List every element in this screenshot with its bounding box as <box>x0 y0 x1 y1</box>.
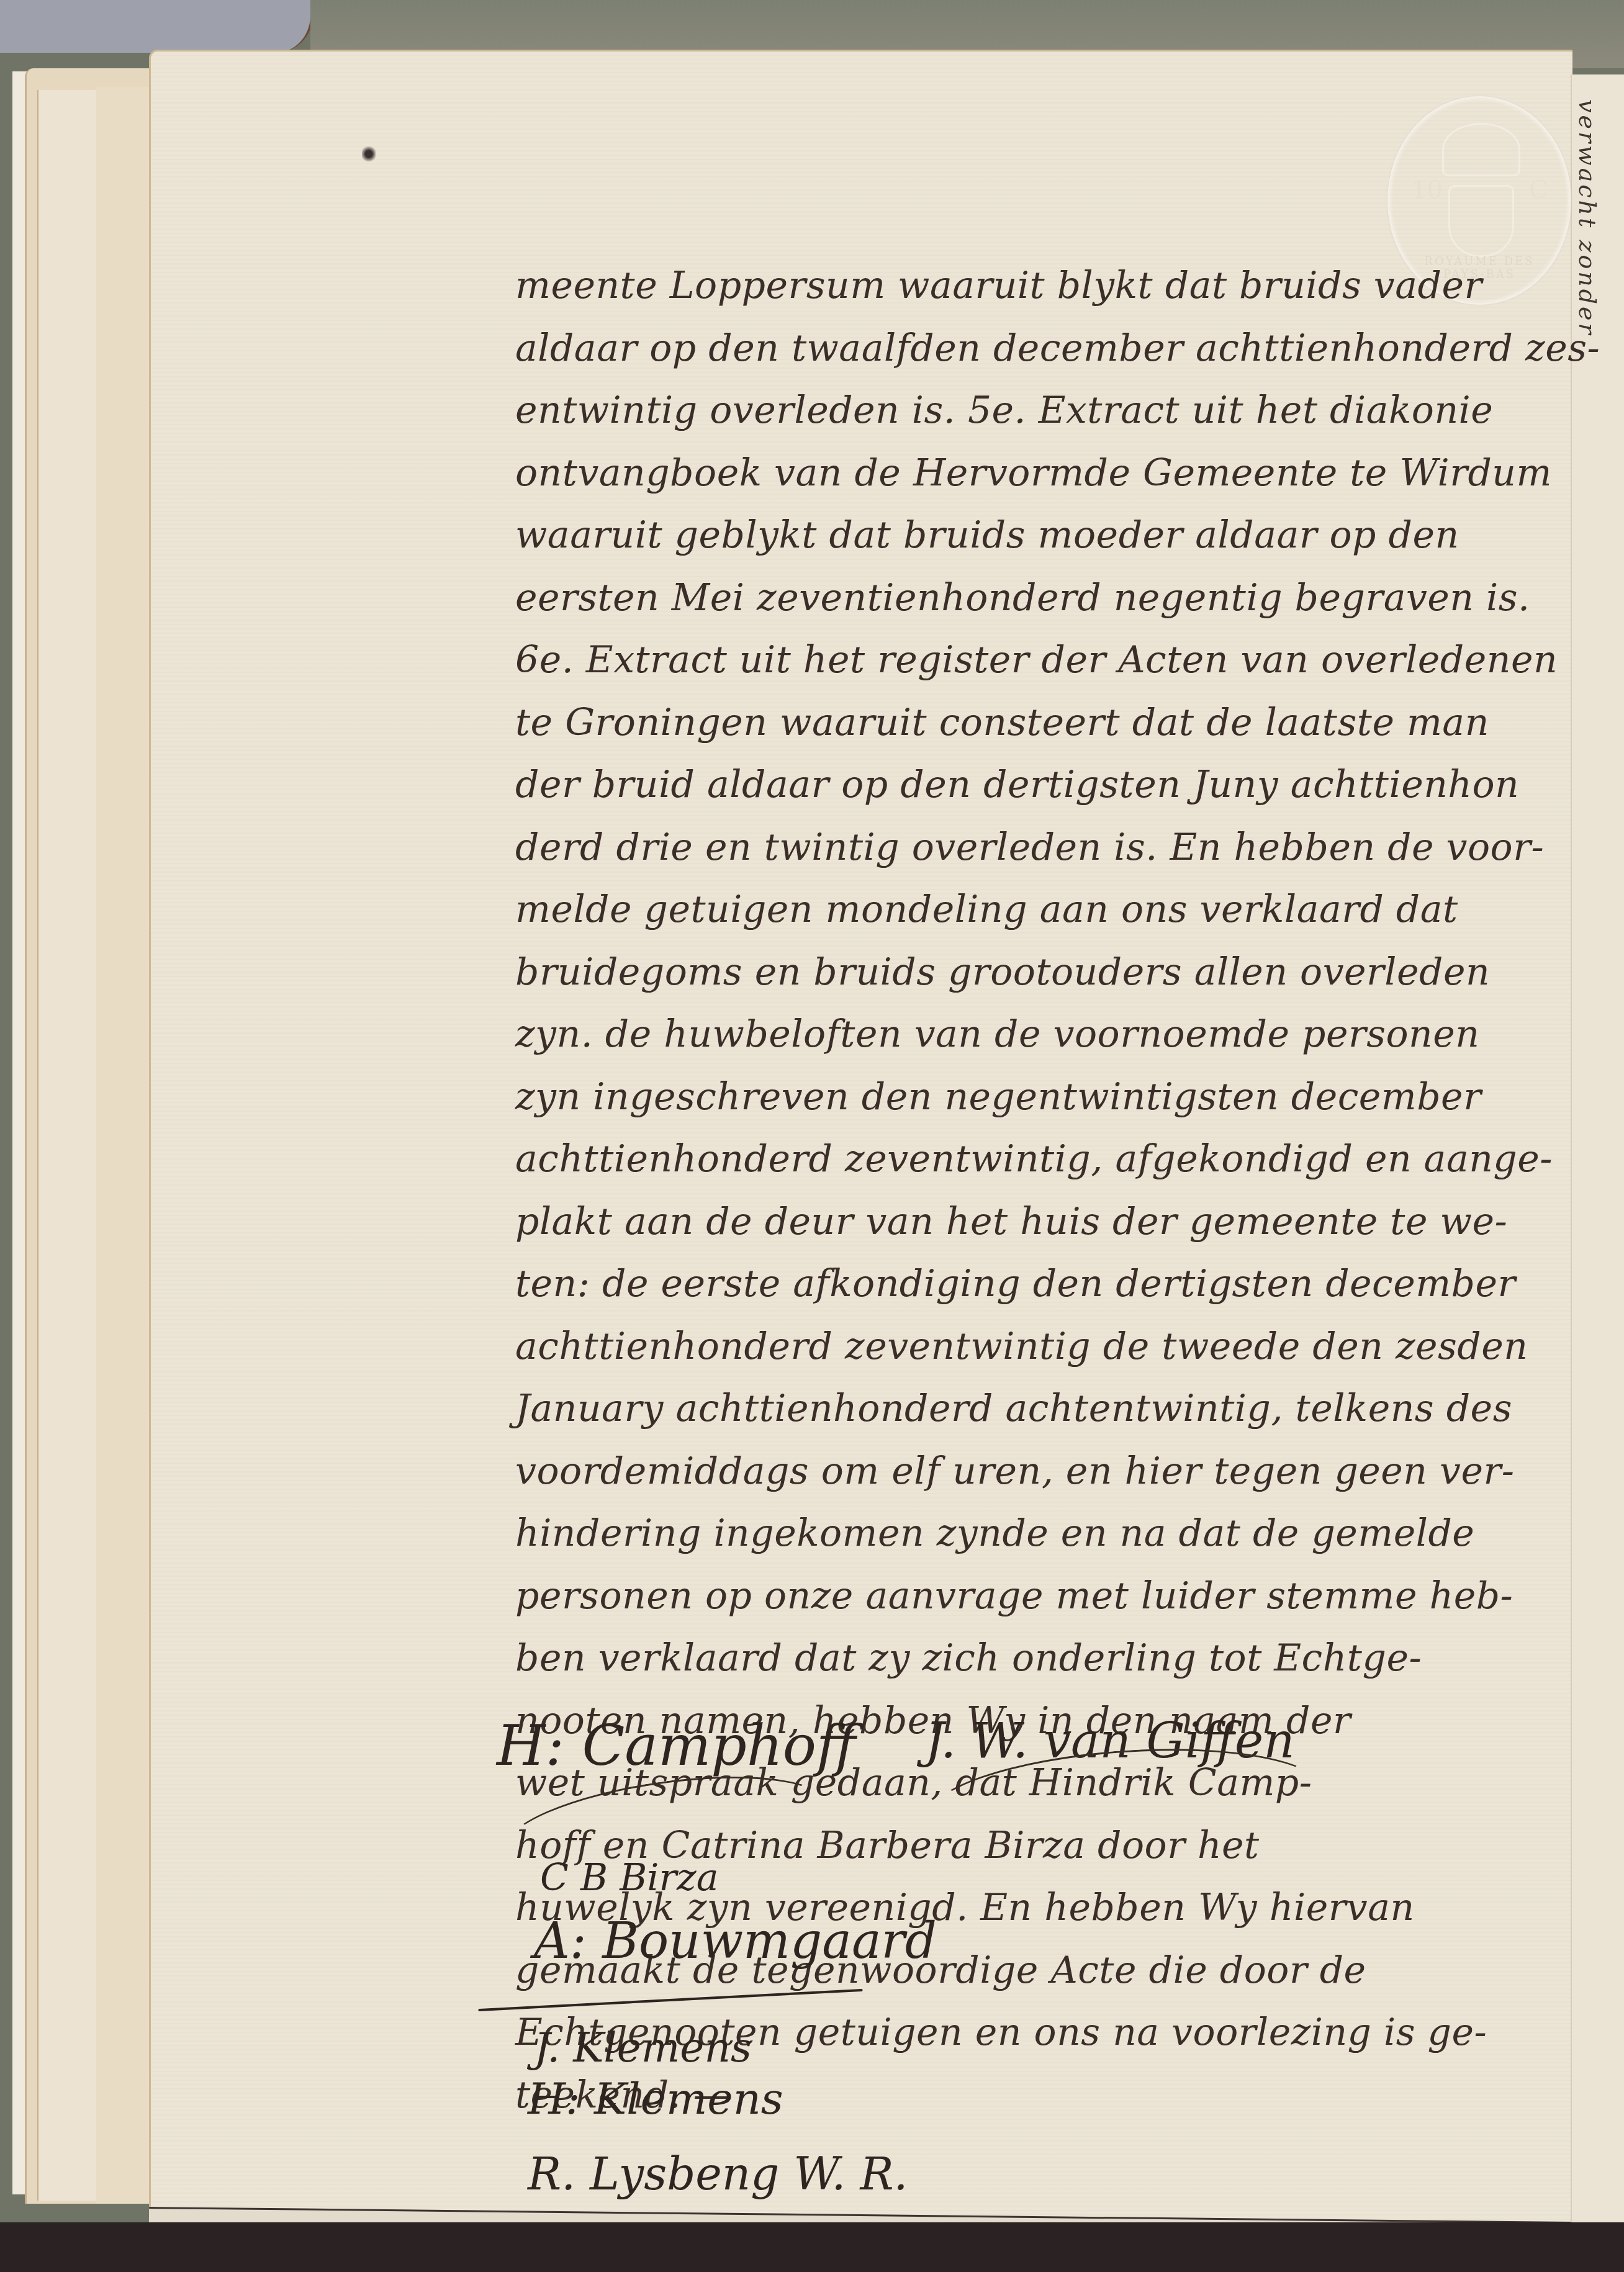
background-blue-strip <box>0 0 313 53</box>
text-line: melde getuigen mondeling aan ons verklaa… <box>515 878 1558 941</box>
text-line: bruidegoms en bruids grootouders allen o… <box>515 941 1558 1004</box>
adjacent-page-edge <box>1571 74 1624 2222</box>
text-line: hindering ingekomen zynde en na dat de g… <box>515 1502 1558 1565</box>
page-stack-edge <box>37 90 99 2201</box>
text-line: zyn ingeschreven den negentwintigsten de… <box>515 1066 1558 1129</box>
signature-underline <box>478 1989 862 2011</box>
background-bottom <box>0 2222 1624 2272</box>
signature-witness: H: Klemens <box>528 2073 783 2124</box>
text-line: personen op onze aanvrage met luider ste… <box>515 1565 1558 1628</box>
signature-groom: H: Camphoff <box>497 1713 856 1778</box>
lion-shield-icon <box>1448 185 1514 257</box>
text-line: aldaar op den twaalfden december achttie… <box>515 317 1558 380</box>
signature-witness: A: Bouwmgaard <box>534 1912 937 1970</box>
text-line: entwintig overleden is. 5e. Extract uit … <box>515 379 1558 442</box>
signature-block: H: Camphoff J. W. van Giffen C B Birza A… <box>478 1688 1409 2198</box>
text-line: der bruid aldaar op den dertigsten Juny … <box>515 754 1558 816</box>
text-line: January achttienhonderd achtentwintig, t… <box>515 1377 1558 1440</box>
text-line: meente Loppersum waaruit blykt dat bruid… <box>515 255 1558 317</box>
signature-witness: R. Lysbeng W. R. <box>528 2148 908 2200</box>
page-stack-edge <box>96 87 151 2204</box>
text-line: ontvangboek van de Hervormde Gemeente te… <box>515 442 1558 505</box>
text-line: 6e. Extract uit het register der Acten v… <box>515 629 1558 692</box>
text-line: achttienhonderd zeventwintig, afgekondig… <box>515 1128 1558 1191</box>
signature-bride: C B Birza <box>540 1856 719 1900</box>
text-line: achttienhonderd zeventwintig de tweede d… <box>515 1315 1558 1378</box>
text-line: ben verklaard dat zy zich onderling tot … <box>515 1627 1558 1690</box>
text-line: derd drie en twintig overleden is. En he… <box>515 816 1558 879</box>
seal-value-right: C <box>1529 176 1548 204</box>
crown-icon <box>1442 123 1520 176</box>
text-line: ten: de eerste afkondiging den dertigste… <box>515 1253 1558 1315</box>
ink-stain <box>362 145 376 163</box>
signature-witness: J. Klemens <box>534 2024 752 2071</box>
text-line: plakt aan de deur van het huis der gemee… <box>515 1191 1558 1253</box>
text-line: voordemiddags om elf uren, en hier tegen… <box>515 1440 1558 1503</box>
text-line: eersten Mei zeventienhonderd negentig be… <box>515 567 1558 629</box>
margin-note: verwacht zonder <box>1574 99 1601 337</box>
seal-value-left: 10 <box>1411 176 1443 204</box>
text-line: te Groningen waaruit consteert dat de la… <box>515 692 1558 754</box>
text-line: zyn. de huwbeloften van de voornoemde pe… <box>515 1003 1558 1066</box>
text-line: waaruit geblykt dat bruids moeder aldaar… <box>515 504 1558 567</box>
